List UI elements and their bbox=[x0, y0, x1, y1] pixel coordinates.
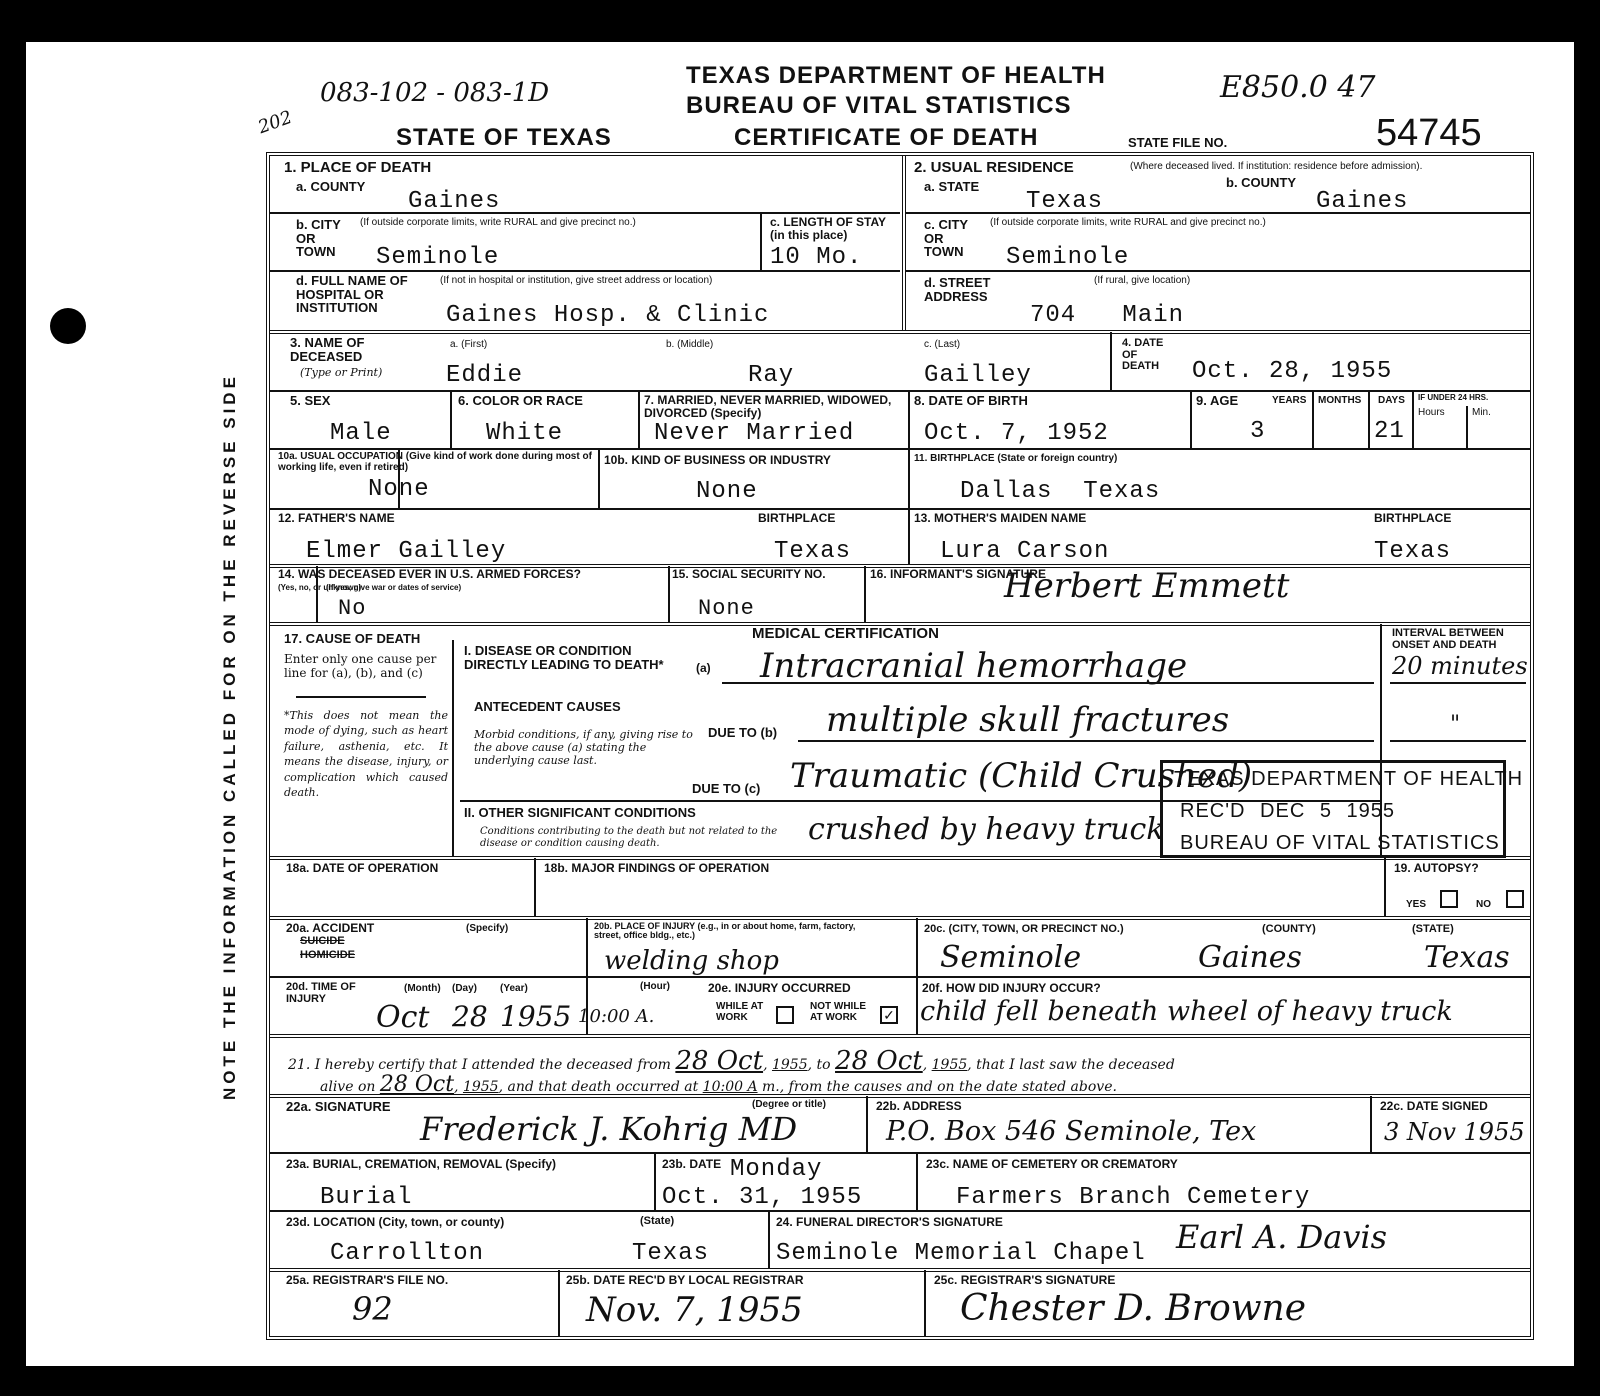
middle-name-label: b. (Middle) bbox=[666, 340, 713, 351]
cert-to-label: to bbox=[817, 1057, 831, 1073]
first-name-value: Eddie bbox=[446, 362, 523, 389]
part1-label: I. DISEASE OR CONDITION DIRECTLY LEADING… bbox=[464, 644, 694, 671]
injury-type-label: 20a. ACCIDENT bbox=[286, 922, 374, 935]
hospital-value: Gaines Hosp. & Clinic bbox=[446, 302, 769, 329]
armed-forces-value: No bbox=[338, 596, 366, 621]
autopsy-yes-checkbox[interactable] bbox=[1440, 890, 1458, 908]
interval-a-value: 20 minutes bbox=[1392, 652, 1528, 680]
stamp-line2: REC'D DEC 5 1955 bbox=[1180, 800, 1395, 823]
burial-day-name: Monday bbox=[730, 1156, 822, 1183]
agency-line1: TEXAS DEPARTMENT OF HEALTH bbox=[686, 62, 1106, 90]
father-label: 12. FATHER'S NAME bbox=[278, 512, 395, 525]
street-label: d. STREET ADDRESS bbox=[924, 276, 1004, 303]
business-value: None bbox=[696, 478, 758, 505]
cert-text1: 21. I hereby certify that I attended the… bbox=[288, 1057, 671, 1073]
due-b-label: DUE TO (b) bbox=[708, 726, 777, 740]
hospital-note: (If not in hospital or institution, give… bbox=[440, 276, 712, 287]
hour-label: (Hour) bbox=[640, 982, 670, 993]
other-conditions-label: II. OTHER SIGNIFICANT CONDITIONS bbox=[464, 806, 696, 820]
dod-label: 4. DATE OF DEATH bbox=[1122, 338, 1172, 373]
res-state-value: Texas bbox=[1026, 188, 1103, 215]
marital-label: 7. MARRIED, NEVER MARRIED, WIDOWED, DIVO… bbox=[644, 394, 894, 419]
injury-location-label: 20c. (CITY, TOWN, OR PRECINCT NO.) bbox=[924, 924, 1124, 936]
time-of-injury-label: 20d. TIME OF INJURY bbox=[286, 982, 366, 1005]
res-county-value: Gaines bbox=[1316, 188, 1408, 215]
county-label: a. COUNTY bbox=[296, 180, 365, 194]
cert-text2: , that I last saw the deceased bbox=[967, 1057, 1175, 1073]
last-name-label: c. (Last) bbox=[924, 340, 960, 351]
medical-cert-title: MEDICAL CERTIFICATION bbox=[752, 626, 939, 642]
punch-hole bbox=[50, 308, 86, 344]
year-label: (Year) bbox=[500, 984, 528, 995]
registrar-file-label: 25a. REGISTRAR'S FILE NO. bbox=[286, 1274, 448, 1287]
occupation-value: None bbox=[368, 476, 430, 503]
interval-b-value: " bbox=[1450, 712, 1460, 737]
how-injury-label: 20f. HOW DID INJURY OCCUR? bbox=[922, 982, 1101, 995]
other-conditions-note: Conditions contributing to the death but… bbox=[480, 826, 800, 850]
physician-address: P.O. Box 546 Seminole, Tex bbox=[886, 1116, 1256, 1147]
mother-birthplace-label: BIRTHPLACE bbox=[1374, 512, 1451, 525]
birthplace-label: 11. BIRTHPLACE (State or foreign country… bbox=[914, 454, 1117, 465]
res-city-value: Seminole bbox=[1006, 244, 1129, 271]
sex-label: 5. SEX bbox=[290, 394, 330, 408]
dod-value: Oct. 28, 1955 bbox=[1192, 358, 1392, 385]
alive-year: 1955 bbox=[463, 1079, 499, 1095]
hospital-label: d. FULL NAME OF HOSPITAL OR INSTITUTION bbox=[296, 274, 436, 315]
funeral-director-label: 24. FUNERAL DIRECTOR'S SIGNATURE bbox=[776, 1216, 1003, 1229]
months-label: MONTHS bbox=[1318, 396, 1361, 407]
name-note: (Type or Print) bbox=[300, 366, 382, 379]
local-registrar-date-value: Nov. 7, 1955 bbox=[586, 1290, 803, 1330]
state-file-number: 54745 bbox=[1376, 112, 1482, 155]
burial-method-value: Burial bbox=[320, 1184, 412, 1211]
state-file-label: STATE FILE NO. bbox=[1128, 136, 1227, 150]
alive-on-label: alive on bbox=[320, 1079, 375, 1095]
registrar-signature-label: 25c. REGISTRAR'S SIGNATURE bbox=[934, 1274, 1115, 1287]
injury-month-value: Oct bbox=[376, 1000, 429, 1035]
hours-label: Hours bbox=[1418, 408, 1445, 419]
name-label: 3. NAME OF DECEASED bbox=[290, 336, 410, 363]
funeral-home-value: Seminole Memorial Chapel bbox=[776, 1240, 1146, 1267]
address-label: 22b. ADDRESS bbox=[876, 1100, 962, 1113]
injury-place-value: welding shop bbox=[604, 946, 779, 976]
min-label: Min. bbox=[1472, 408, 1491, 419]
place-of-death-label: 1. PLACE OF DEATH bbox=[284, 160, 431, 176]
antecedent-note: Morbid conditions, if any, giving rise t… bbox=[474, 728, 706, 767]
antecedent-label: ANTECEDENT CAUSES bbox=[474, 700, 621, 714]
burial-method-label: 23a. BURIAL, CREMATION, REMOVAL (Specify… bbox=[286, 1158, 556, 1171]
father-value: Elmer Gailley bbox=[306, 538, 506, 565]
suicide-struck: SUICIDE bbox=[300, 936, 345, 948]
death-city-value: Seminole bbox=[376, 244, 499, 271]
funeral-director-signature: Earl A. Davis bbox=[1176, 1218, 1387, 1256]
armed-note2: (If yes, give war or dates of service) bbox=[326, 584, 461, 592]
business-label: 10b. KIND OF BUSINESS OR INDUSTRY bbox=[604, 454, 831, 467]
injury-county-value: Gaines bbox=[1198, 940, 1302, 975]
local-registrar-date-label: 25b. DATE REC'D BY LOCAL REGISTRAR bbox=[566, 1274, 804, 1287]
years-label: YEARS bbox=[1272, 396, 1306, 407]
informant-signature: Herbert Emmett bbox=[1004, 566, 1289, 606]
alive-on-value: 28 Oct bbox=[380, 1072, 454, 1097]
attended-year2: 1955 bbox=[932, 1057, 968, 1073]
burial-date-value: Oct. 31, 1955 bbox=[662, 1184, 862, 1211]
a-marker: (a) bbox=[696, 662, 711, 675]
burial-location-label: 23d. LOCATION (City, town, or county) bbox=[286, 1216, 504, 1229]
death-time-value: 10:00 A bbox=[703, 1079, 758, 1095]
degree-label: (Degree or title) bbox=[752, 1100, 826, 1111]
burial-state-value: Texas bbox=[632, 1240, 709, 1267]
cause-of-death-label: 17. CAUSE OF DEATH bbox=[284, 632, 420, 646]
autopsy-no-label: NO bbox=[1476, 900, 1491, 911]
homicide-struck: HOMICIDE bbox=[300, 950, 355, 962]
ssn-value: None bbox=[698, 596, 755, 621]
ssn-label: 15. SOCIAL SECURITY NO. bbox=[672, 568, 826, 581]
due-c-label: DUE TO (c) bbox=[692, 782, 760, 796]
cert-text3: , and that death occurred at bbox=[499, 1079, 699, 1095]
injury-city-value: Seminole bbox=[940, 940, 1081, 975]
at-work-checkbox[interactable] bbox=[776, 1006, 794, 1024]
mother-label: 13. MOTHER'S MAIDEN NAME bbox=[914, 512, 1086, 525]
marital-value: Never Married bbox=[654, 420, 854, 447]
page-title: CERTIFICATE OF DEATH bbox=[734, 124, 1038, 152]
injury-state-label: (STATE) bbox=[1412, 924, 1454, 936]
state-name: STATE OF TEXAS bbox=[396, 124, 612, 152]
how-injury-value: child fell beneath wheel of heavy truck bbox=[920, 996, 1453, 1027]
under24-label: IF UNDER 24 HRS. bbox=[1418, 394, 1488, 402]
cause-b-value: multiple skull fractures bbox=[826, 700, 1229, 740]
month-label: (Month) bbox=[404, 984, 441, 995]
injury-day-value: 28 bbox=[452, 1000, 488, 1033]
cause-note: Enter only one cause per line for (a), (… bbox=[284, 652, 448, 680]
op-date-label: 18a. DATE OF OPERATION bbox=[286, 862, 438, 875]
burial-date-label: 23b. DATE bbox=[662, 1158, 721, 1171]
op-findings-label: 18b. MAJOR FINDINGS OF OPERATION bbox=[544, 862, 769, 875]
day-label: (Day) bbox=[452, 984, 477, 995]
middle-name-value: Ray bbox=[748, 362, 794, 389]
date-signed-value: 3 Nov 1955 bbox=[1384, 1118, 1525, 1146]
city-label: b. CITY OR TOWN bbox=[296, 218, 356, 259]
birthplace-value: Dallas Texas bbox=[960, 478, 1160, 505]
handwritten-ecode: E850.0 47 bbox=[1220, 70, 1376, 105]
sex-value: Male bbox=[330, 420, 392, 447]
agency-line2: BUREAU OF VITAL STATISTICS bbox=[686, 92, 1072, 120]
last-name-value: Gailley bbox=[924, 362, 1032, 389]
usual-residence-note: (Where deceased lived. If institution: r… bbox=[1130, 162, 1510, 173]
race-value: White bbox=[486, 420, 563, 447]
not-at-work-checkbox[interactable]: ✓ bbox=[880, 1006, 898, 1024]
cert-text-line2: alive on 28 Oct, 1955, and that death oc… bbox=[320, 1072, 1117, 1097]
cause-footnote: *This does not mean the mode of dying, s… bbox=[284, 708, 448, 800]
autopsy-yes-label: YES bbox=[1406, 900, 1426, 911]
age-days-value: 21 bbox=[1374, 418, 1405, 445]
res-city-note: (If outside corporate limits, write RURA… bbox=[990, 218, 1266, 229]
street-note: (If rural, give location) bbox=[1094, 276, 1190, 287]
autopsy-label: 19. AUTOPSY? bbox=[1394, 862, 1479, 875]
days-label: DAYS bbox=[1378, 396, 1405, 407]
interval-label: INTERVAL BETWEEN ONSET AND DEATH bbox=[1392, 628, 1522, 651]
signature-label: 22a. SIGNATURE bbox=[286, 1100, 391, 1114]
cause-a-value: Intracranial hemorrhage bbox=[760, 646, 1187, 686]
cemetery-label: 23c. NAME OF CEMETERY OR CREMATORY bbox=[926, 1158, 1178, 1171]
stay-label: c. LENGTH OF STAY (in this place) bbox=[770, 216, 900, 241]
first-name-label: a. (First) bbox=[450, 340, 487, 351]
not-at-work-label: NOT WHILE AT WORK bbox=[810, 1002, 874, 1023]
stamp-line3: BUREAU OF VITAL STATISTICS bbox=[1180, 832, 1500, 855]
handwritten-codes: 083-102 - 083-1D bbox=[320, 78, 549, 108]
attended-year1: 1955 bbox=[772, 1057, 808, 1073]
res-city-label: c. CITY OR TOWN bbox=[924, 218, 984, 259]
burial-location-value: Carrollton bbox=[330, 1240, 484, 1267]
dob-value: Oct. 7, 1952 bbox=[924, 420, 1109, 447]
city-note: (If outside corporate limits, write RURA… bbox=[360, 218, 750, 229]
street-value: 704 Main bbox=[1030, 302, 1184, 329]
usual-residence-label: 2. USUAL RESIDENCE bbox=[914, 160, 1074, 176]
death-county-value: Gaines bbox=[408, 188, 500, 215]
injury-hour-value: 10:00 A. bbox=[578, 1006, 654, 1027]
mother-birthplace-value: Texas bbox=[1374, 538, 1451, 565]
cert-text4: m., from the causes and on the date stat… bbox=[762, 1079, 1117, 1095]
physician-signature: Frederick J. Kohrig MD bbox=[420, 1110, 797, 1148]
res-state-label: a. STATE bbox=[924, 180, 979, 194]
occupation-label: 10a. USUAL OCCUPATION (Give kind of work… bbox=[278, 452, 594, 473]
mother-value: Lura Carson bbox=[940, 538, 1109, 565]
injury-state-value: Texas bbox=[1424, 940, 1510, 975]
other-conditions-value: crushed by heavy truck bbox=[808, 812, 1164, 847]
injury-county-label: (COUNTY) bbox=[1262, 924, 1316, 936]
date-signed-label: 22c. DATE SIGNED bbox=[1380, 1100, 1488, 1113]
res-county-label: b. COUNTY bbox=[1226, 176, 1296, 190]
stay-value: 10 Mo. bbox=[770, 244, 862, 271]
injury-place-label: 20b. PLACE OF INJURY (e.g., in or about … bbox=[594, 922, 864, 941]
race-label: 6. COLOR OR RACE bbox=[458, 394, 583, 408]
cemetery-value: Farmers Branch Cemetery bbox=[956, 1184, 1310, 1211]
injury-occurred-label: 20e. INJURY OCCURRED bbox=[708, 982, 851, 995]
side-note: NOTE THE INFORMATION CALLED FOR ON THE R… bbox=[220, 373, 240, 1100]
armed-forces-label: 14. WAS DECEASED EVER IN U.S. ARMED FORC… bbox=[278, 568, 581, 581]
registrar-signature: Chester D. Browne bbox=[960, 1288, 1306, 1329]
autopsy-no-checkbox[interactable] bbox=[1506, 890, 1524, 908]
father-birthplace-label: BIRTHPLACE bbox=[758, 512, 835, 525]
age-label: 9. AGE bbox=[1196, 394, 1238, 408]
father-birthplace-value: Texas bbox=[774, 538, 851, 565]
stamp-line1: TEXAS DEPARTMENT OF HEALTH bbox=[1174, 768, 1523, 791]
at-work-label: WHILE AT WORK bbox=[716, 1002, 766, 1023]
dob-label: 8. DATE OF BIRTH bbox=[914, 394, 1028, 408]
registrar-file-value: 92 bbox=[352, 1290, 393, 1328]
burial-state-label: (State) bbox=[640, 1216, 674, 1228]
injury-year-value: 1955 bbox=[500, 1000, 571, 1033]
age-years-value: 3 bbox=[1250, 418, 1265, 445]
injury-specify-label: (Specify) bbox=[466, 924, 508, 935]
